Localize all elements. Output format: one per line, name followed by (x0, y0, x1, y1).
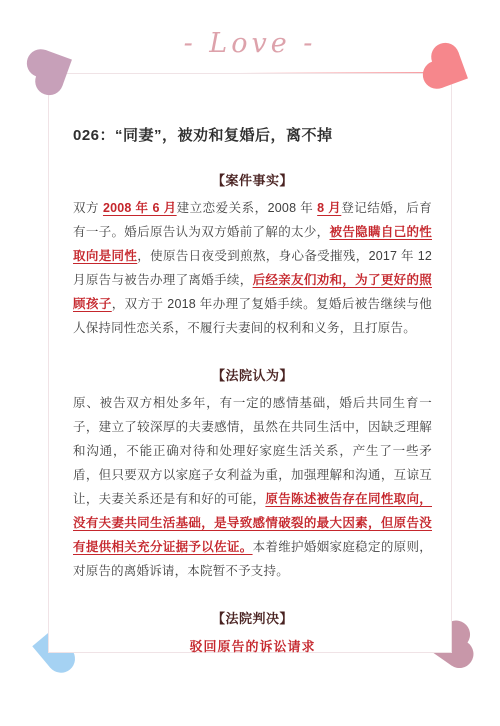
highlighted-text: 2008 年 6 月 (103, 201, 177, 215)
body-text: ，双方于 2018 年办理了复婚手续。复婚后被告继续与他人保持同性恋关系，不履行… (73, 297, 432, 335)
section-heading-court-judgment: 【法院判决】 (73, 608, 432, 627)
court-opinion-paragraph: 原、被告双方相处多年，有一定的感情基础，婚后共同生育一子，建立了较深厚的夫妻感情… (73, 391, 432, 583)
pink-divider-line (240, 72, 432, 73)
body-text: 双方 (73, 201, 103, 215)
case-card: 026：“同妻”，被劝和复婚后，离不掉 【案件事实】 双方 2008 年 6 月… (48, 73, 452, 653)
highlighted-text: 8 月 (317, 201, 341, 215)
court-judgment-text: 驳回原告的诉讼请求 (73, 636, 432, 655)
case-title: 026：“同妻”，被劝和复婚后，离不掉 (73, 124, 432, 145)
section-heading-case-facts: 【案件事实】 (73, 170, 432, 189)
body-text: 原、被告双方相处多年，有一定的感情基础，婚后共同生育一子，建立了较深厚的夫妻感情… (73, 396, 432, 506)
section-heading-court-opinion: 【法院认为】 (73, 365, 432, 384)
case-facts-paragraph: 双方 2008 年 6 月建立恋爱关系，2008 年 8 月登记结婚，后育有一子… (73, 196, 432, 340)
body-text: 建立恋爱关系，2008 年 (177, 201, 318, 215)
love-script-text: - Love - (0, 28, 500, 59)
